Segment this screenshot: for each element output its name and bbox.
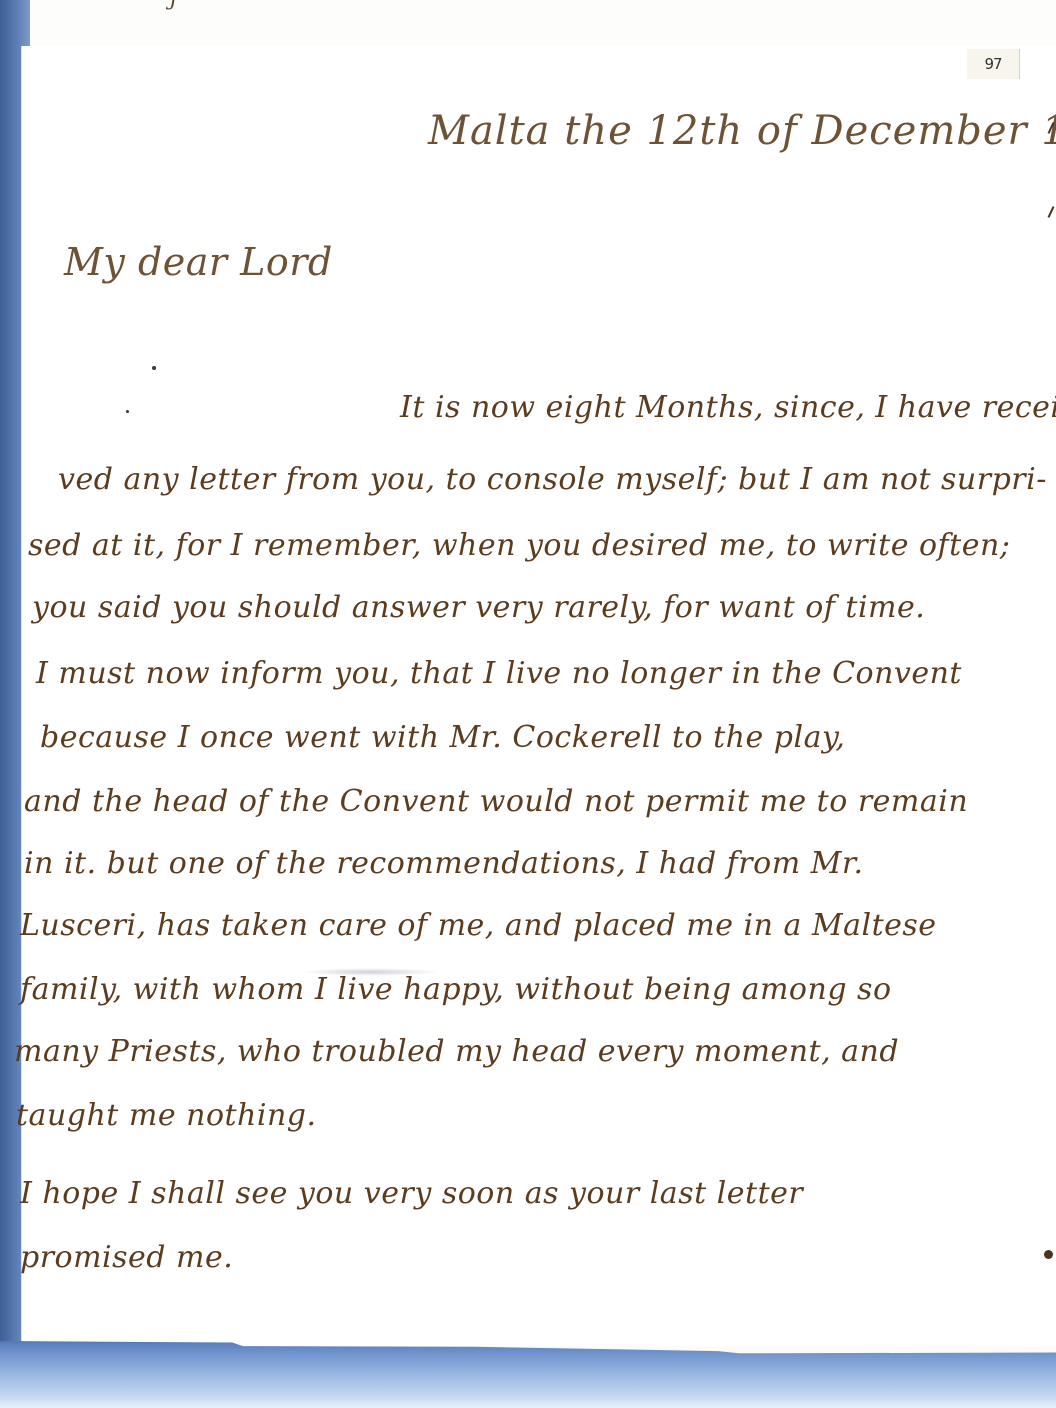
body-line-11: many Priests, who troubled my head every… (14, 1034, 899, 1069)
body-line-13: I hope I shall see you very soon as your… (20, 1176, 803, 1211)
blue-backing-bottom-edge (0, 1336, 1056, 1408)
body-line-1: It is now eight Months, since, I have re… (400, 390, 1056, 425)
stray-ink-dot (152, 366, 156, 370)
body-line-2: ved any letter from you, to console myse… (58, 462, 1047, 497)
ink-blot (1044, 1250, 1053, 1259)
body-line-8: in it. but one of the recommendations, I… (24, 846, 863, 881)
salutation: My dear Lord (64, 240, 333, 284)
body-line-7: and the head of the Convent would not pe… (24, 784, 968, 819)
body-line-12: taught me nothing. (16, 1098, 317, 1133)
body-line-6: because I once went with Mr. Cockerell t… (40, 720, 845, 755)
body-line-14: promised me. (20, 1240, 233, 1275)
body-line-4: you said you should answer very rarely, … (32, 590, 925, 625)
ink-smudge (300, 968, 440, 976)
folio-number: 97 (967, 49, 1020, 79)
body-line-10: family, with whom I live happy, without … (20, 972, 892, 1007)
dateline: Malta the 12th of December 1819. (428, 108, 1056, 154)
stray-ink-dot (126, 410, 129, 413)
body-line-3: sed at it, for I remember, when you desi… (28, 528, 1010, 563)
underlying-sheet-script-fragment: ƒ (170, 0, 178, 11)
body-line-5: I must now inform you, that I live no lo… (36, 656, 962, 691)
body-line-9: Lusceri, has taken care of me, and place… (20, 908, 937, 943)
